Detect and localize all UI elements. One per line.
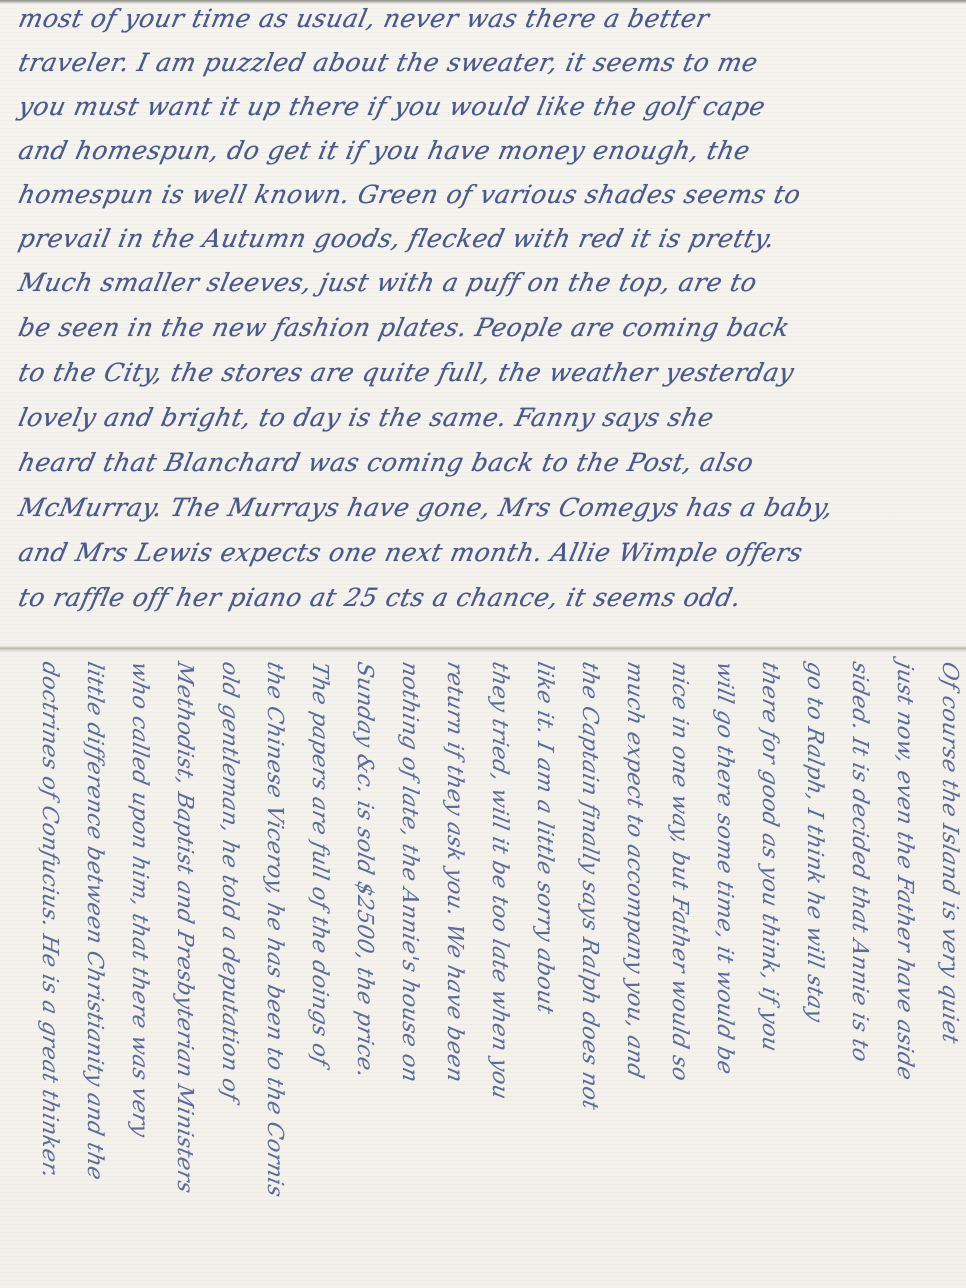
- handwritten-line-vertical: much expect to accompany you, and: [605, 662, 647, 1282]
- handwritten-line-vertical: they tried, will it be too late when you: [470, 662, 512, 1282]
- handwritten-line-vertical: like it. I am a little sorry about: [515, 662, 557, 1282]
- handwritten-line: be seen in the new fashion plates. Peopl…: [16, 313, 962, 342]
- handwritten-line: lovely and bright, to day is the same. F…: [16, 403, 962, 432]
- handwritten-line-vertical: Sunday &c. is sold $2500, the price.: [335, 662, 377, 1282]
- handwritten-line: to the City, the stores are quite full, …: [16, 358, 962, 387]
- handwritten-line: and homespun, do get it if you have mone…: [16, 136, 962, 165]
- handwritten-line: most of your time as usual, never was th…: [16, 4, 962, 33]
- letter-bottom-section-rotated: Of course the Island is very quiet just …: [0, 652, 966, 1288]
- handwritten-line: Much smaller sleeves, just with a puff o…: [16, 268, 962, 297]
- handwritten-line: heard that Blanchard was coming back to …: [16, 448, 962, 477]
- handwritten-line-vertical: the Captain finally says Ralph does not: [560, 662, 602, 1282]
- handwritten-line-vertical: old gentleman, he told a deputation of: [200, 662, 242, 1282]
- handwritten-line-vertical: there for good as you think, if you: [740, 662, 782, 1282]
- handwritten-line: homespun is well known. Green of various…: [16, 180, 962, 209]
- handwritten-line: McMurray. The Murrays have gone, Mrs Com…: [16, 493, 962, 522]
- handwritten-line-vertical: nothing of late, the Annie's house on: [380, 662, 422, 1282]
- handwritten-line-vertical: Of course the Island is very quiet: [920, 662, 962, 1282]
- handwritten-line-vertical: the Chinese Viceroy, he has been to the …: [245, 662, 287, 1282]
- handwritten-line: and Mrs Lewis expects one next month. Al…: [16, 538, 962, 567]
- handwritten-line: prevail in the Autumn goods, flecked wit…: [16, 224, 962, 253]
- handwritten-line-vertical: go to Ralph, I think he will stay: [785, 662, 827, 1282]
- handwritten-line: to raffle off her piano at 25 cts a chan…: [16, 583, 962, 612]
- handwritten-line: you must want it up there if you would l…: [16, 92, 962, 121]
- handwritten-line-vertical: nice in one way, but Father would so: [650, 662, 692, 1282]
- handwritten-line-vertical: return if they ask you. We have been: [425, 662, 467, 1282]
- handwritten-line-vertical: just now, even the Father have aside: [875, 662, 917, 1282]
- handwritten-line-vertical: The papers are full of the doings of: [290, 662, 332, 1282]
- letter-page: most of your time as usual, never was th…: [0, 0, 966, 1288]
- handwritten-line-vertical: who called upon him, that there was very: [110, 662, 152, 1282]
- handwritten-line: traveler. I am puzzled about the sweater…: [16, 48, 962, 77]
- handwritten-line-vertical: will go there some time, it would be: [695, 662, 737, 1282]
- letter-top-section: most of your time as usual, never was th…: [0, 0, 966, 646]
- handwritten-line-vertical: little difference between Christianity a…: [65, 662, 107, 1282]
- handwritten-line-vertical: sided. It is decided that Annie is to: [830, 662, 872, 1282]
- handwritten-line-vertical: doctrines of Confucius. He is a great th…: [20, 662, 62, 1282]
- handwritten-line-vertical: Methodist, Baptist and Presbyterian Mini…: [155, 662, 197, 1282]
